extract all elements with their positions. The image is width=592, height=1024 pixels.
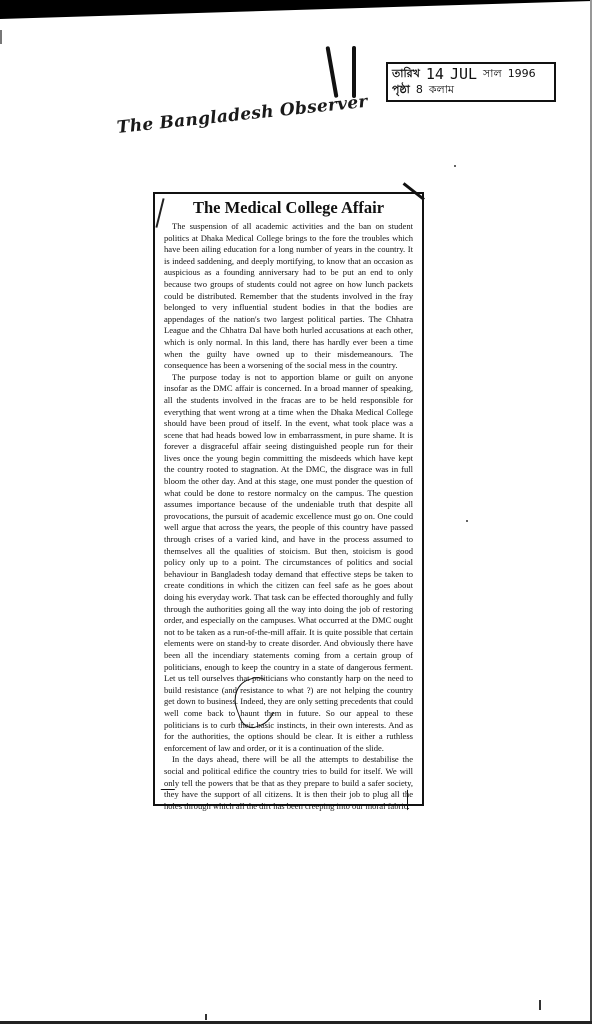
article-title: The Medical College Affair [164, 198, 413, 218]
scan-edge-top [0, 0, 592, 20]
article-paragraph: In the days ahead, there will be all the… [164, 754, 413, 812]
stamp-page-number: 8 [416, 82, 423, 98]
scan-speck [205, 1014, 207, 1020]
article-body: The suspension of all academic activitie… [164, 221, 413, 812]
handwritten-mark [326, 46, 339, 98]
handwritten-mark [352, 46, 356, 98]
article-paragraph: The purpose today is not to apportion bl… [164, 372, 413, 755]
publication-masthead: The Bangladesh Observer [116, 92, 369, 138]
archive-date-stamp: তারিখ 14 JUL সাল 1996 পৃষ্ঠা 8 কলাম [386, 62, 556, 102]
stamp-date-month: JUL [450, 66, 477, 82]
scan-speck [466, 520, 468, 522]
scan-speck [539, 1000, 541, 1010]
newspaper-clipping: The Medical College Affair The suspensio… [153, 192, 424, 806]
stamp-date-label: তারিখ [392, 66, 420, 82]
stamp-date-day: 14 [426, 66, 444, 82]
stamp-date-year: 1996 [508, 66, 536, 82]
stamp-year-label: সাল [483, 66, 502, 82]
stamp-column-label: কলাম [429, 82, 454, 98]
stamp-page-label: পৃষ্ঠা [392, 82, 410, 98]
scan-speck [454, 165, 456, 167]
scan-mark [0, 30, 2, 44]
article-paragraph: The suspension of all academic activitie… [164, 221, 413, 372]
